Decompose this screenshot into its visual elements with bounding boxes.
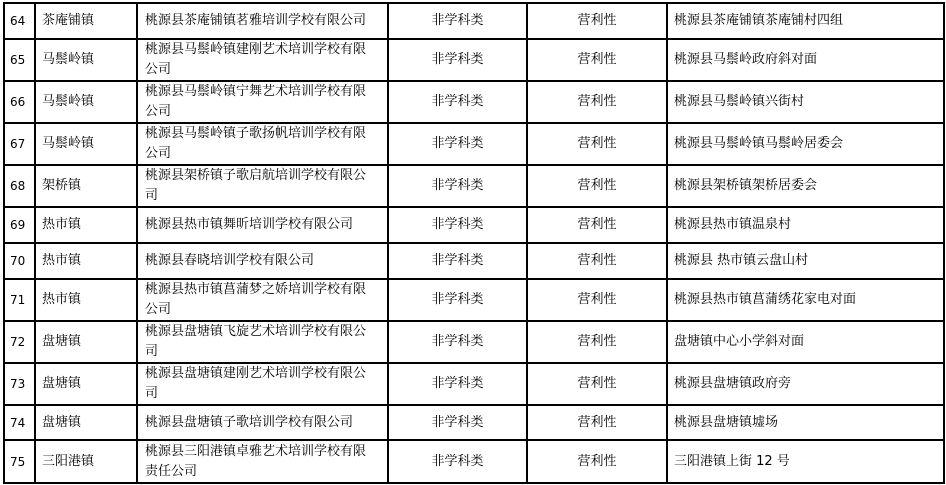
nature-cell: 营利性	[527, 363, 667, 405]
address-cell: 桃源县马鬃岭镇马鬃岭居委会	[667, 123, 944, 165]
school-name-cell: 桃源县热市镇舞昕培训学校有限公司	[137, 207, 388, 243]
table-row: 65 马鬃岭镇 桃源县马鬃岭镇建刚艺术培训学校有限公司 非学科类 营利性 桃源县…	[4, 39, 944, 81]
town-cell: 热市镇	[35, 207, 137, 243]
address-cell: 桃源县盘塘镇政府旁	[667, 363, 944, 405]
table-row: 74 盘塘镇 桃源县盘塘镇子歌培训学校有限公司 非学科类 营利性 桃源县盘塘镇墟…	[4, 405, 944, 440]
school-name-cell: 桃源县马鬃岭镇子歌扬帆培训学校有限公司	[137, 123, 388, 165]
town-cell: 马鬃岭镇	[35, 123, 137, 165]
town-cell: 马鬃岭镇	[35, 39, 137, 81]
row-number: 74	[4, 405, 35, 440]
school-name-cell: 桃源县架桥镇子歌启航培训学校有限公司	[137, 165, 388, 207]
row-number: 64	[4, 3, 35, 39]
row-number: 68	[4, 165, 35, 207]
category-cell: 非学科类	[388, 123, 527, 165]
table-row: 66 马鬃岭镇 桃源县马鬃岭镇宁舞艺术培训学校有限公司 非学科类 营利性 桃源县…	[4, 81, 944, 123]
address-cell: 桃源县 热市镇云盘山村	[667, 243, 944, 279]
nature-cell: 营利性	[527, 3, 667, 39]
nature-cell: 营利性	[527, 440, 667, 483]
address-cell: 桃源县马鬃岭镇兴街村	[667, 81, 944, 123]
category-cell: 非学科类	[388, 405, 527, 440]
school-name-cell: 桃源县盘塘镇飞旋艺术培训学校有限公司	[137, 321, 388, 363]
row-number: 65	[4, 39, 35, 81]
address-cell: 盘塘镇中心小学斜对面	[667, 321, 944, 363]
row-number: 73	[4, 363, 35, 405]
category-cell: 非学科类	[388, 279, 527, 321]
row-number: 75	[4, 440, 35, 483]
town-cell: 盘塘镇	[35, 363, 137, 405]
nature-cell: 营利性	[527, 165, 667, 207]
school-name-cell: 桃源县三阳港镇卓雅艺术培训学校有限责任公司	[137, 440, 388, 483]
category-cell: 非学科类	[388, 3, 527, 39]
school-name-cell: 桃源县春晓培训学校有限公司	[137, 243, 388, 279]
school-registry-table: 64 茶庵铺镇 桃源县茶庵铺镇茗雅培训学校有限公司 非学科类 营利性 桃源县茶庵…	[3, 2, 945, 484]
school-name-cell: 桃源县盘塘镇子歌培训学校有限公司	[137, 405, 388, 440]
nature-cell: 营利性	[527, 123, 667, 165]
row-number: 70	[4, 243, 35, 279]
nature-cell: 营利性	[527, 405, 667, 440]
row-number: 66	[4, 81, 35, 123]
address-cell: 桃源县盘塘镇墟场	[667, 405, 944, 440]
town-cell: 架桥镇	[35, 165, 137, 207]
table-row: 67 马鬃岭镇 桃源县马鬃岭镇子歌扬帆培训学校有限公司 非学科类 营利性 桃源县…	[4, 123, 944, 165]
nature-cell: 营利性	[527, 207, 667, 243]
nature-cell: 营利性	[527, 39, 667, 81]
table-row: 64 茶庵铺镇 桃源县茶庵铺镇茗雅培训学校有限公司 非学科类 营利性 桃源县茶庵…	[4, 3, 944, 39]
table-row: 75 三阳港镇 桃源县三阳港镇卓雅艺术培训学校有限责任公司 非学科类 营利性 三…	[4, 440, 944, 483]
category-cell: 非学科类	[388, 321, 527, 363]
address-cell: 三阳港镇上街 12 号	[667, 440, 944, 483]
row-number: 72	[4, 321, 35, 363]
category-cell: 非学科类	[388, 440, 527, 483]
school-name-cell: 桃源县茶庵铺镇茗雅培训学校有限公司	[137, 3, 388, 39]
address-cell: 桃源县热市镇温泉村	[667, 207, 944, 243]
table-row: 71 热市镇 桃源县热市镇菖蒲梦之娇培训学校有限公司 非学科类 营利性 桃源县热…	[4, 279, 944, 321]
nature-cell: 营利性	[527, 243, 667, 279]
category-cell: 非学科类	[388, 363, 527, 405]
address-cell: 桃源县马鬃岭政府斜对面	[667, 39, 944, 81]
category-cell: 非学科类	[388, 165, 527, 207]
town-cell: 茶庵铺镇	[35, 3, 137, 39]
school-name-cell: 桃源县马鬃岭镇宁舞艺术培训学校有限公司	[137, 81, 388, 123]
category-cell: 非学科类	[388, 39, 527, 81]
nature-cell: 营利性	[527, 81, 667, 123]
row-number: 69	[4, 207, 35, 243]
address-cell: 桃源县架桥镇架桥居委会	[667, 165, 944, 207]
town-cell: 盘塘镇	[35, 405, 137, 440]
category-cell: 非学科类	[388, 207, 527, 243]
nature-cell: 营利性	[527, 321, 667, 363]
table-row: 69 热市镇 桃源县热市镇舞昕培训学校有限公司 非学科类 营利性 桃源县热市镇温…	[4, 207, 944, 243]
town-cell: 三阳港镇	[35, 440, 137, 483]
table-row: 73 盘塘镇 桃源县盘塘镇建刚艺术培训学校有限公司 非学科类 营利性 桃源县盘塘…	[4, 363, 944, 405]
table-row: 70 热市镇 桃源县春晓培训学校有限公司 非学科类 营利性 桃源县 热市镇云盘山…	[4, 243, 944, 279]
category-cell: 非学科类	[388, 243, 527, 279]
category-cell: 非学科类	[388, 81, 527, 123]
town-cell: 马鬃岭镇	[35, 81, 137, 123]
address-cell: 桃源县茶庵铺镇茶庵铺村四组	[667, 3, 944, 39]
school-name-cell: 桃源县马鬃岭镇建刚艺术培训学校有限公司	[137, 39, 388, 81]
row-number: 67	[4, 123, 35, 165]
school-name-cell: 桃源县盘塘镇建刚艺术培训学校有限公司	[137, 363, 388, 405]
town-cell: 热市镇	[35, 243, 137, 279]
town-cell: 盘塘镇	[35, 321, 137, 363]
address-cell: 桃源县热市镇菖蒲绣花家电对面	[667, 279, 944, 321]
school-name-cell: 桃源县热市镇菖蒲梦之娇培训学校有限公司	[137, 279, 388, 321]
nature-cell: 营利性	[527, 279, 667, 321]
town-cell: 热市镇	[35, 279, 137, 321]
table-row: 72 盘塘镇 桃源县盘塘镇飞旋艺术培训学校有限公司 非学科类 营利性 盘塘镇中心…	[4, 321, 944, 363]
row-number: 71	[4, 279, 35, 321]
table-row: 68 架桥镇 桃源县架桥镇子歌启航培训学校有限公司 非学科类 营利性 桃源县架桥…	[4, 165, 944, 207]
